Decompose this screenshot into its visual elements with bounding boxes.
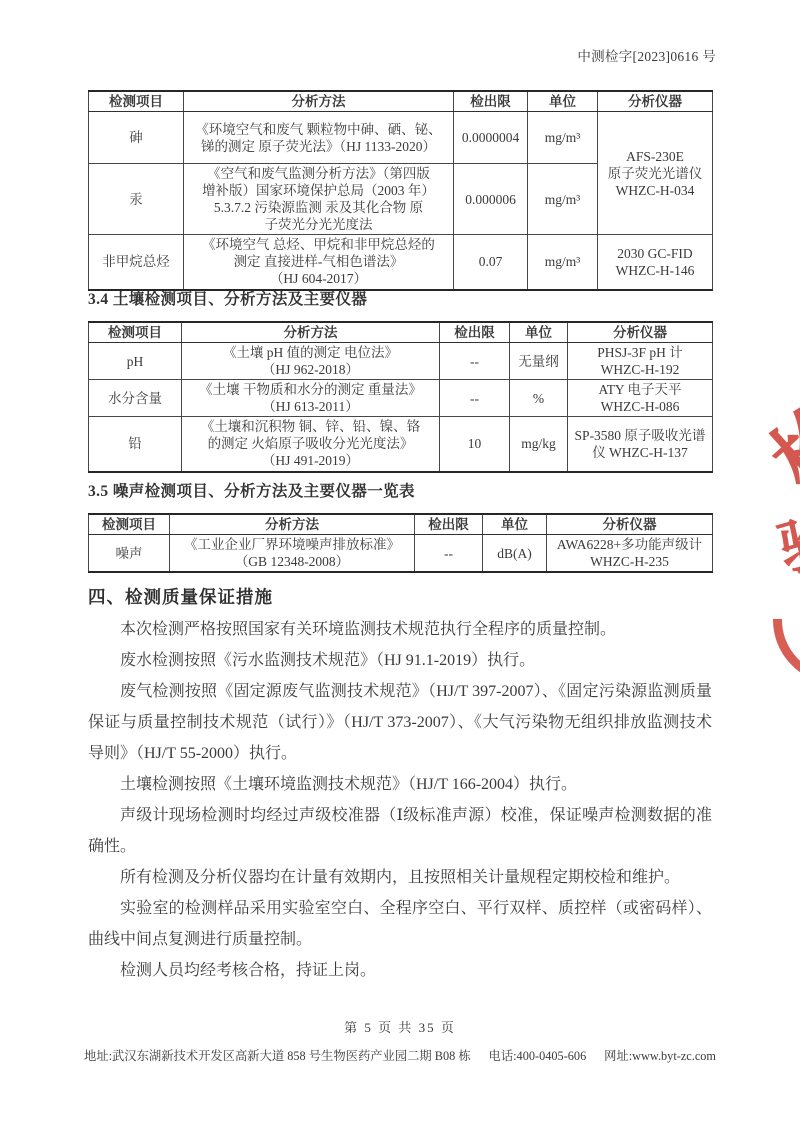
cell-item: 砷 (89, 112, 184, 164)
paragraph: 声级计现场检测时均经过声级校准器（Ⅰ级标准声源）校准，保证噪声检测数据的准确性。 (88, 800, 712, 862)
table-row: 砷 《环境空气和废气 颗粒物中砷、硒、铋、 锑的测定 原子荧光法》（HJ 113… (89, 112, 713, 164)
cell-limit: 0.0000004 (454, 112, 528, 164)
paragraph: 土壤检测按照《土壤环境监测技术规范》（HJ/T 166-2004）执行。 (88, 769, 712, 800)
cell-unit: dB(A) (483, 535, 547, 573)
col-limit: 检出限 (415, 514, 483, 535)
cell-instrument: AFS-230E 原子荧光光谱仪 WHZC-H-034 (598, 112, 713, 235)
col-limit: 检出限 (454, 91, 528, 112)
cell-instrument: 2030 GC-FID WHZC-H-146 (598, 235, 713, 290)
paragraph: 检测人员均经考核合格，持证上岗。 (88, 955, 712, 986)
col-item: 检测项目 (89, 322, 182, 343)
cell-item: pH (89, 343, 182, 380)
paragraph: 所有检测及分析仪器均在计量有效期内，且按照相关计量规程定期校检和维护。 (88, 862, 712, 893)
cell-item: 汞 (89, 164, 184, 235)
doc-number: 中测检字[2023]0616 号 (577, 45, 716, 65)
section-3-4-heading: 3.4 土壤检测项目、分析方法及主要仪器 (88, 287, 367, 309)
cell-method: 《工业企业厂界环境噪声排放标准》 （GB 12348-2008） (170, 535, 415, 573)
cell-unit: % (510, 380, 568, 417)
quality-assurance-paragraphs: 本次检测严格按照国家有关环境监测技术规范执行全程序的质量控制。 废水检测按照《污… (88, 614, 712, 986)
seal-arc-icon (747, 530, 800, 711)
cell-unit: mg/m³ (528, 112, 598, 164)
col-unit: 单位 (528, 91, 598, 112)
cell-limit: -- (415, 535, 483, 573)
cell-item: 噪声 (89, 535, 170, 573)
paragraph: 本次检测严格按照国家有关环境监测技术规范执行全程序的质量控制。 (88, 614, 712, 645)
cell-limit: 0.000006 (454, 164, 528, 235)
cell-item: 水分含量 (89, 380, 182, 417)
cell-method: 《环境空气 总烃、甲烷和非甲烷总烃的 测定 直接进样-气相色谱法》 （HJ 60… (184, 235, 454, 290)
cell-unit: mg/m³ (528, 164, 598, 235)
cell-method: 《土壤和沉积物 铜、锌、铅、镍、铬 的测定 火焰原子吸收分光光度法》 （HJ 4… (182, 417, 440, 472)
cell-limit: -- (440, 343, 510, 380)
col-instrument: 分析仪器 (598, 91, 713, 112)
cell-instrument: PHSJ-3F pH 计 WHZC-H-192 (568, 343, 713, 380)
col-instrument: 分析仪器 (547, 514, 713, 535)
section-3-5-heading: 3.5 噪声检测项目、分析方法及主要仪器一览表 (88, 479, 415, 501)
table-row: 水分含量 《土壤 干物质和水分的测定 重量法》 （HJ 613-2011） --… (89, 380, 713, 417)
soil-items-table: 检测项目 分析方法 检出限 单位 分析仪器 pH 《土壤 pH 值的测定 电位法… (88, 321, 713, 473)
cell-instrument: ATY 电子天平 WHZC-H-086 (568, 380, 713, 417)
noise-items-table: 检测项目 分析方法 检出限 单位 分析仪器 噪声 《工业企业厂界环境噪声排放标准… (88, 513, 713, 573)
footer-phone: 电话:400-0405-606 (489, 1046, 587, 1064)
col-unit: 单位 (510, 322, 568, 343)
table-row: 噪声 《工业企业厂界环境噪声排放标准》 （GB 12348-2008） -- d… (89, 535, 713, 573)
cell-limit: -- (440, 380, 510, 417)
paragraph: 废水检测按照《污水监测技术规范》（HJ 91.1-2019）执行。 (88, 645, 712, 676)
cell-instrument: AWA6228+多功能声级计 WHZC-H-235 (547, 535, 713, 573)
paragraph: 实验室的检测样品采用实验室空白、全程序空白、平行双样、质控样（或密码样）、曲线中… (88, 893, 712, 955)
cell-limit: 10 (440, 417, 510, 472)
cell-limit: 0.07 (454, 235, 528, 290)
paragraph: 废气检测按照《固定源废气监测技术规范》（HJ/T 397-2007）、《固定污染… (88, 676, 712, 769)
col-method: 分析方法 (170, 514, 415, 535)
col-item: 检测项目 (89, 91, 184, 112)
col-method: 分析方法 (184, 91, 454, 112)
cell-method: 《土壤 pH 值的测定 电位法》 （HJ 962-2018） (182, 343, 440, 380)
cell-method: 《土壤 干物质和水分的测定 重量法》 （HJ 613-2011） (182, 380, 440, 417)
col-item: 检测项目 (89, 514, 170, 535)
seal-stamp-fragment-icon: 检 (760, 392, 800, 505)
cell-unit: mg/m³ (528, 235, 598, 290)
page-number: 第 5 页 共 35 页 (0, 1017, 800, 1036)
cell-item: 非甲烷总烃 (89, 235, 184, 290)
air-items-table: 检测项目 分析方法 检出限 单位 分析仪器 砷 《环境空气和废气 颗粒物中砷、硒… (88, 90, 713, 291)
cell-unit: mg/kg (510, 417, 568, 472)
footer-contact-line: 地址:武汉东湖新技术开发区高新大道 858 号生物医药产业园二期 B08 栋 电… (84, 1046, 716, 1064)
cell-unit: 无量纲 (510, 343, 568, 380)
cell-method: 《空气和废气监测分析方法》（第四版 增补版）国家环境保护总局（2003 年） 5… (184, 164, 454, 235)
footer-website: 网址:www.byt-zc.com (604, 1046, 716, 1064)
table-header-row: 检测项目 分析方法 检出限 单位 分析仪器 (89, 91, 713, 112)
col-limit: 检出限 (440, 322, 510, 343)
col-instrument: 分析仪器 (568, 322, 713, 343)
col-unit: 单位 (483, 514, 547, 535)
table-header-row: 检测项目 分析方法 检出限 单位 分析仪器 (89, 322, 713, 343)
cell-method: 《环境空气和废气 颗粒物中砷、硒、铋、 锑的测定 原子荧光法》（HJ 1133-… (184, 112, 454, 164)
footer-address: 地址:武汉东湖新技术开发区高新大道 858 号生物医药产业园二期 B08 栋 (84, 1046, 471, 1064)
cell-item: 铅 (89, 417, 182, 472)
table-row: 非甲烷总烃 《环境空气 总烃、甲烷和非甲烷总烃的 测定 直接进样-气相色谱法》 … (89, 235, 713, 290)
table-header-row: 检测项目 分析方法 检出限 单位 分析仪器 (89, 514, 713, 535)
col-method: 分析方法 (182, 322, 440, 343)
section-4-heading: 四、检测质量保证措施 (88, 584, 273, 609)
report-page: { "header": { "doc_number": "中测检字[2023]0… (0, 0, 800, 1131)
table-row: pH 《土壤 pH 值的测定 电位法》 （HJ 962-2018） -- 无量纲… (89, 343, 713, 380)
table-row: 铅 《土壤和沉积物 铜、锌、铅、镍、铬 的测定 火焰原子吸收分光光度法》 （HJ… (89, 417, 713, 472)
cell-instrument: SP-3580 原子吸收光谱 仪 WHZC-H-137 (568, 417, 713, 472)
